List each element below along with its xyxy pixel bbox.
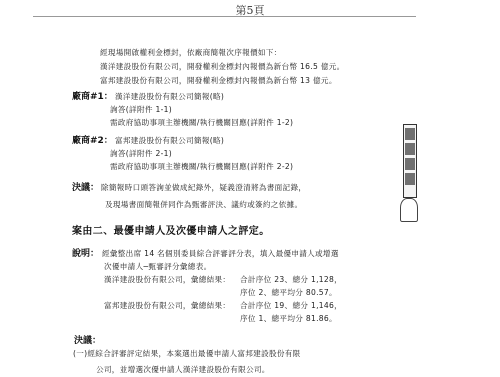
vendor-1-qa: 詢答(詳附件 1-1)	[110, 104, 172, 115]
stamp-character	[405, 173, 415, 185]
vendor-2-response: 需政府協助事項主辦機關/執行機關回應(詳附件 2-2)	[110, 161, 293, 172]
resolution-2-label: 決議：	[74, 333, 101, 346]
round-seal-icon	[400, 198, 418, 222]
header-divider	[33, 16, 416, 17]
explain-line-1: 經彙整出席 14 名個別委員綜合評審評分表，填入最優申請人或增選	[102, 248, 339, 259]
resolution-1-line-2: 及現場書面簡報併同作為甄審評決、議約或簽約之依據。	[105, 199, 302, 210]
intro-line-2: 漢洋建設股份有限公司，開發權利金標封內報價為新台幣 16.5 億元。	[100, 61, 345, 72]
vendor-1-response: 需政府協助事項主辦機關/執行機關回應(詳附件 1-2)	[110, 117, 293, 128]
case-2-heading: 案由二、最優申請人及次優申請人之評定。	[72, 222, 270, 237]
result-1-company: 漢洋建設股份有限公司，彙總結果：	[104, 274, 230, 285]
intro-line-3: 富邦建設股份有限公司，開發權利金標封內報價為新台幣 13 億元。	[100, 75, 337, 86]
result-2-company: 富邦建設股份有限公司，彙總結果：	[104, 300, 230, 311]
stamp-character	[405, 128, 415, 140]
resolution-1-label: 決議：	[72, 180, 99, 193]
vendor-1-label: 廠商#1：	[72, 89, 113, 102]
resolution-2-line-1: (一)經綜合評審評定結果，本案選出最優申請人富邦建設股份有限	[73, 348, 301, 359]
explain-label: 說明：	[72, 246, 99, 259]
resolution-1-line-1: 除簡報時口頭答詢並做成紀錄外，疑義澄清將為書面記錄，	[101, 182, 306, 193]
result-1-line-2: 序位 2、總平均分 80.57。	[240, 287, 337, 298]
vendor-2-title: 富邦建設股份有限公司簡報(略)	[115, 135, 224, 146]
seal-stamp-icon	[403, 124, 417, 198]
result-1-line-1: 合計序位 23、總分 1,128，	[240, 274, 342, 285]
intro-line-1: 經現場開啟權利金標封，依廠商簡報次序報價如下：	[100, 47, 282, 58]
stamp-character	[405, 143, 415, 155]
result-2-line-2: 序位 1、總平均分 81.86。	[240, 313, 337, 324]
vendor-2-qa: 詢答(詳附件 2-1)	[110, 148, 172, 159]
resolution-2-line-2: 公司，並增選次優申請人漢洋建設股份有限公司。	[96, 364, 270, 375]
stamp-character	[405, 158, 415, 170]
explain-line-2: 次優申請人─甄審評分彙總表。	[104, 261, 212, 272]
result-2-line-1: 合計序位 19、總分 1,146，	[240, 300, 342, 311]
vendor-2-label: 廠商#2：	[72, 133, 113, 146]
vendor-1-title: 漢洋建設股份有限公司簡報(略)	[115, 91, 224, 102]
